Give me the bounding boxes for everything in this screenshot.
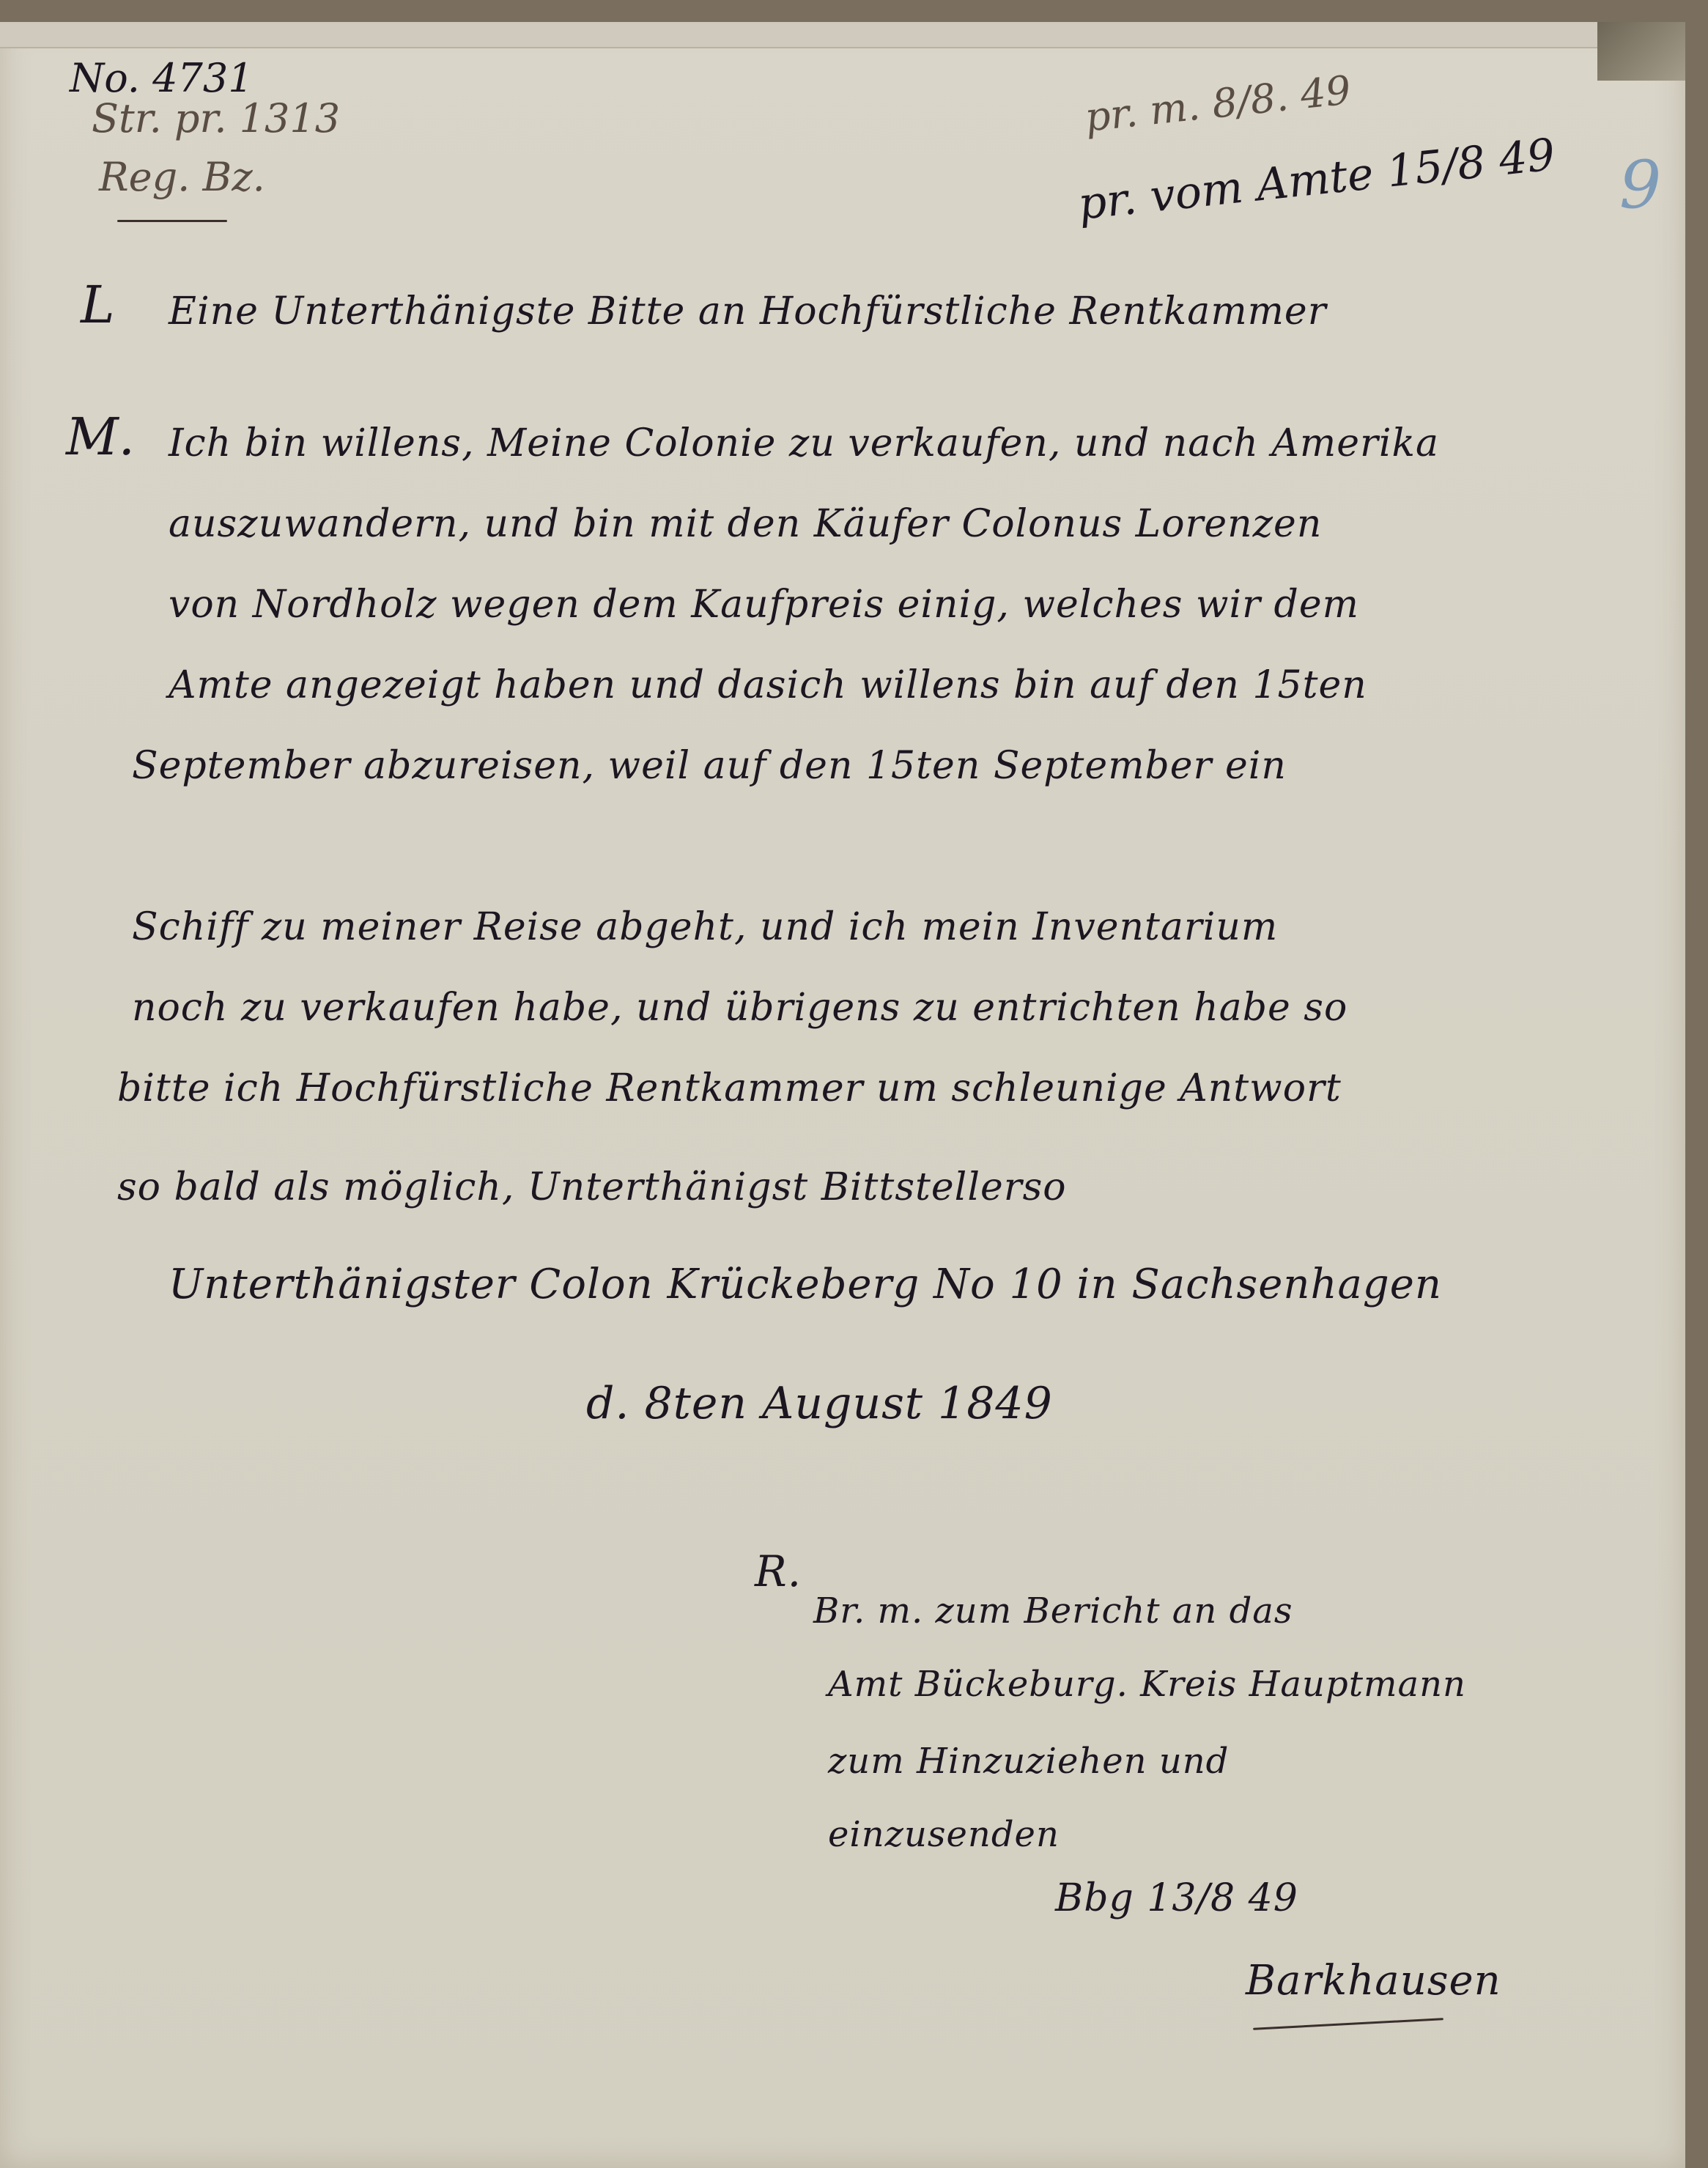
top-edge-strip <box>0 22 1649 48</box>
annotation-line: Amt Bückeburg. Kreis Hauptmann <box>828 1664 1466 1705</box>
official-signature: Barkhausen <box>1246 1957 1501 2005</box>
annotation-line: zum Hinzuziehen und <box>828 1741 1229 1782</box>
document-page: No. 4731 Str. pr. 1313 Reg. Bz. pr. m. 8… <box>0 22 1685 2168</box>
body-line: Ich bin willens, Meine Colonie zu verkau… <box>169 421 1439 465</box>
office-receipt: pr. vom Amte 15/8 49 <box>1076 129 1557 230</box>
document-number: No. 4731 <box>70 55 254 101</box>
signature-flourish <box>1253 2018 1443 2030</box>
received-stamp: pr. m. 8/8. 49 <box>1083 67 1353 141</box>
margin-mark-l: L <box>81 275 114 335</box>
body-line-title: Eine Unterthänigste Bitte an Hochfürstli… <box>169 290 1327 333</box>
body-line: September abzureisen, weil auf den 15ten… <box>132 744 1287 788</box>
annotation-mark: R. <box>755 1546 802 1596</box>
body-line: noch zu verkaufen habe, und übrigens zu … <box>132 986 1347 1030</box>
annotation-line: einzusenden <box>828 1814 1060 1855</box>
body-line: Amte angezeigt haben und dasich willens … <box>169 663 1367 707</box>
folded-corner <box>1597 22 1685 81</box>
annotation-line: Br. m. zum Bericht an das <box>813 1590 1293 1631</box>
body-line: auszuwandern, und bin mit den Käufer Col… <box>169 502 1322 546</box>
body-line: von Nordholz wegen dem Kaufpreis einig, … <box>169 583 1359 627</box>
annotation-date: Bbg 13/8 49 <box>1055 1876 1298 1920</box>
margin-mark-m: M. <box>66 407 135 467</box>
underline-rule <box>117 220 227 222</box>
body-line: bitte ich Hochfürstliche Rentkammer um s… <box>117 1066 1342 1110</box>
secondary-number: Str. pr. 1313 <box>92 95 340 141</box>
reg-reference: Reg. Bz. <box>99 154 265 200</box>
folio-number: 9 <box>1619 147 1661 224</box>
body-line: so bald als möglich, Unterthänigst Bitts… <box>117 1165 1067 1209</box>
sender-signature: Unterthänigster Colon Krückeberg No 10 i… <box>169 1261 1442 1308</box>
letter-date: d. 8ten August 1849 <box>586 1378 1053 1429</box>
body-line: Schiff zu meiner Reise abgeht, und ich m… <box>132 905 1278 949</box>
